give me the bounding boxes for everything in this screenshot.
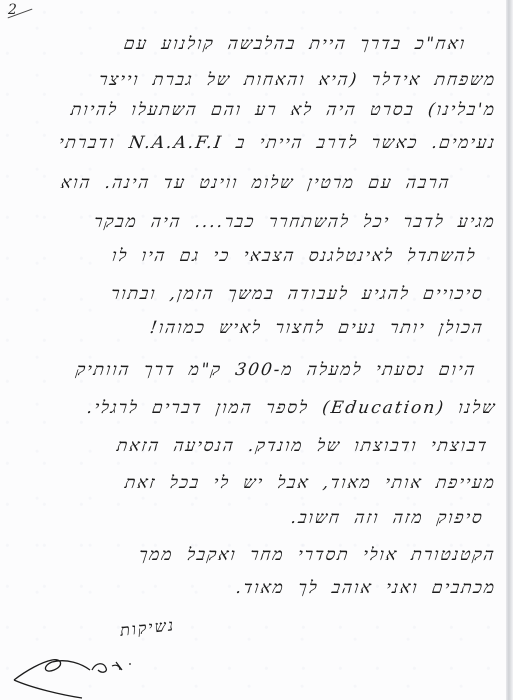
letter-line-11: שלנו (Education) לספר המון דברים לרגלי. <box>85 398 497 418</box>
letter-line-15: הקטנטורת אולי תסדרי מחר ואקבל ממך <box>138 545 497 565</box>
letter-line-13: מעייפת אותי מאוד, אבל יש לי בכל זאת <box>124 473 498 493</box>
letter-line-1: ואח"כ בדרך היית בהלבשה קולנוע עם <box>123 34 468 54</box>
letter-line-5: הרבה עם מרטין שלומ ווינט עד הינה. הוא <box>60 173 452 193</box>
letter-line-8: סיכויים להגיע לעבודה במשך הזמן, ובתור <box>110 284 485 304</box>
letter-line-14: סיפוק מזה וזה חשוב. <box>290 508 485 528</box>
letter-line-6: מגיע לדבר יכל להשתחרר כבר.... היה מבקר <box>93 212 498 232</box>
closing-text: נשיקות <box>119 615 176 641</box>
letter-line-7: להשתדל לאינטלגנס הצבאי כי גם היו לו <box>110 246 477 266</box>
letter-line-12: דבוצתי ודבוצתו של מונדק. הנסיעה הזאת <box>116 436 490 456</box>
letter-line-4: נעימים. כאשר לדרב הייתי ב N.A.A.F.I ודבר… <box>58 133 498 153</box>
letter-line-10: היום נסעתי למעלה מ-300 ק"מ דרך הוותיק <box>74 360 477 380</box>
letter-line-9: הכולן יותר נעים לחצור לאיש כמוהו! <box>149 318 486 338</box>
letter-line-3: מ'בלינו) בסרט היה לא רע והם השתעלו להיות <box>70 100 498 120</box>
letter-line-16: מכתבים ואני אוהב לך מאוד. <box>235 578 498 598</box>
letter-line-2: משפחת אידלר (היא והאחות של גברת וייצר <box>97 70 497 90</box>
signature-mark <box>12 640 142 700</box>
letter-page: 2 ואח"כ בדרך היית בהלבשה קולנוע עם משפחת… <box>0 0 506 700</box>
page-edge <box>506 0 513 700</box>
